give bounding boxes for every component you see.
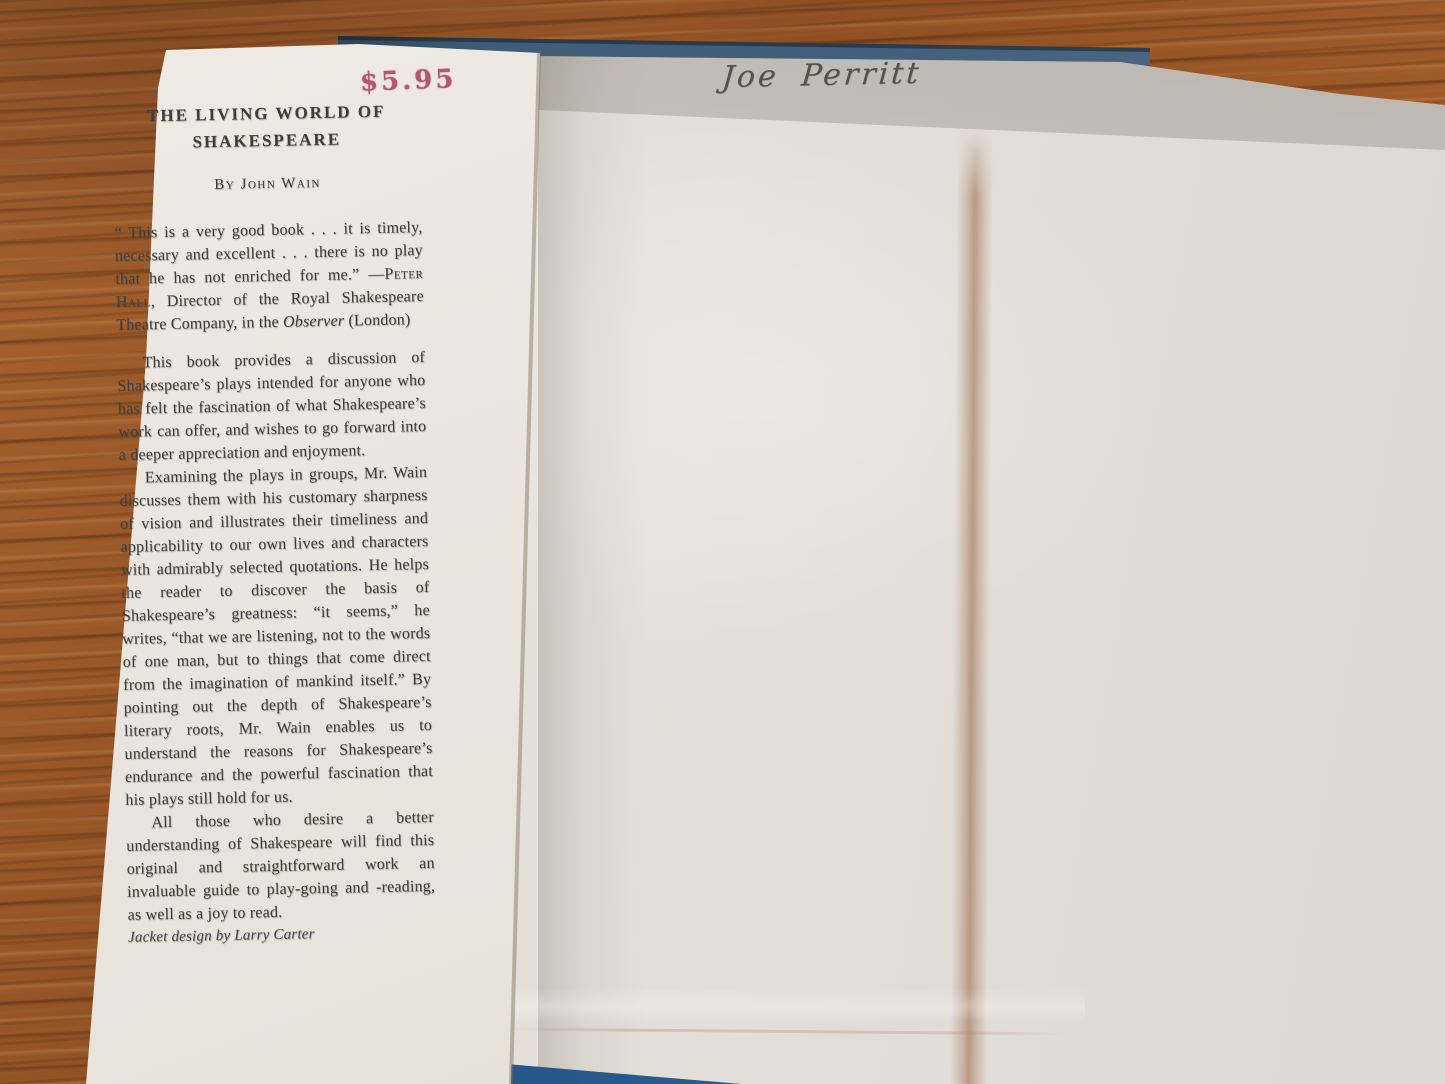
review-publication: Observer (283, 313, 344, 331)
book-byline: By John Wain (113, 173, 421, 196)
flap-paragraph-2: This book provides a discussion of Shake… (117, 346, 427, 467)
flap-paragraph-3: Examining the plays in groups, Mr. Wain … (119, 461, 434, 812)
flap-body-text: “ This is a very good book . . . it is t… (114, 216, 436, 950)
handwritten-owner-name: Joe Perritt (721, 56, 923, 95)
book-photo: THE LIVING WORLD OF SHAKESPEARE By John … (0, 0, 1445, 1084)
page-highlight-band (505, 988, 1085, 1022)
flap-paragraph-4: All those who desire a better understand… (126, 806, 436, 927)
flap-printed-text: THE LIVING WORLD OF SHAKESPEARE By John … (112, 97, 436, 950)
review-quote-text: “ This is a very good book . . . it is t… (114, 219, 423, 288)
review-quote: “ This is a very good book . . . it is t… (114, 216, 424, 337)
review-location: (London) (344, 311, 411, 329)
book-title: THE LIVING WORLD OF SHAKESPEARE (112, 97, 421, 157)
price-stamp: $5.95 (360, 64, 457, 97)
gutter-shadow (538, 50, 648, 1084)
page-edge-tan-stripe (951, 128, 994, 1084)
